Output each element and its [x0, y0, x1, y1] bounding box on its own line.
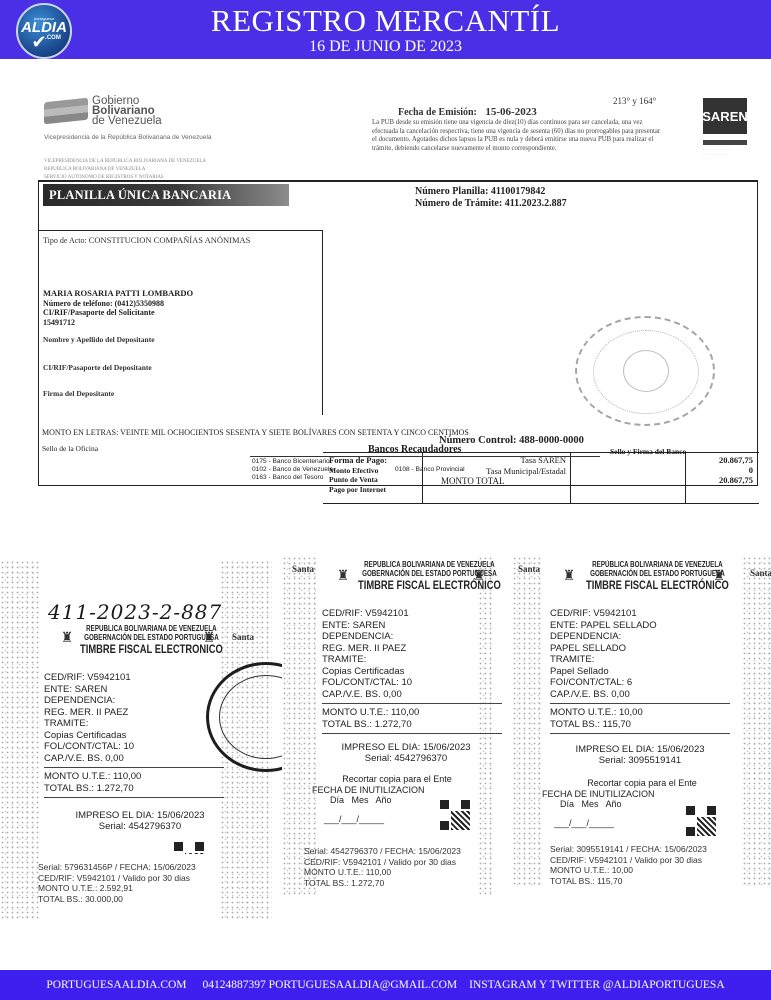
timbre-line: PAPEL SELLADO [550, 643, 730, 655]
solicitante-nombre: MARIA ROSARIA PATTI LOMBARDO [43, 289, 193, 299]
timbre-footer: Serial: 3095519141 / FECHA: 15/06/2023 C… [550, 844, 707, 886]
concepto-amount: 20.867,75 [686, 455, 753, 465]
timbre-line: FOI/CONT/CTAL: 6 [550, 677, 730, 689]
recortar-label: Recortar copia para el Ente [542, 778, 742, 789]
timbre-total: TOTAL BS.: 115,70 [550, 719, 730, 731]
handwritten-tramite: 411-2023-2-887 [48, 600, 222, 624]
timbre-header: REPÚBLICA BOLIVARIANA DE VENEZUELA GOBER… [586, 560, 729, 592]
footer-website[interactable]: PORTUGUESAALDIA.COM [46, 979, 186, 991]
timbre-line: CED/RIF: V5942101 [322, 608, 502, 620]
timbre-line: REG. MER. II PAEZ [322, 643, 502, 655]
concepto-amount: 20.867,75 [686, 475, 753, 485]
footer-line: TOTAL BS.: 1.272,70 [304, 878, 461, 889]
timbre-head-line: REPUBLICA BOLIVARIANA DE VENEZUELA [358, 560, 501, 569]
santa-seal-text: Santa [518, 564, 540, 574]
timbre-line: CAP./V.E. BS. 0,00 [322, 689, 502, 701]
timbre-fiscal-1: 411-2023-2-887 ♜ ♜ Santa REPUBLICA BOLIV… [0, 560, 272, 920]
numero-tramite: Número de Trámite: 411.2023.2.887 [415, 198, 567, 210]
timbre-line: DEPENDENCIA: [322, 631, 502, 643]
footer-line: TOTAL BS.: 115,70 [550, 876, 707, 887]
footer-line: Serial: 579631456P / FECHA: 15/06/2023 [38, 862, 196, 873]
timbre-head-line: REPUBLICA BOLIVARIANA DE VENEZUELA [80, 624, 223, 633]
timbre-head-line: GOBERNACIÓN DEL ESTADO PORTUGUESA [358, 569, 501, 578]
concepto-amount: 0 [686, 465, 753, 475]
sub-lines: VICEPRESIDENCIA DE LA REPUBLICA BOLIVARI… [44, 158, 304, 182]
bancos-title: Bancos Recaudadores [368, 444, 461, 455]
forma-pago-option: Pago por Internet [329, 485, 422, 495]
montos: 20.867,75 0 20.867,75 [686, 453, 759, 503]
timbre-line: FOL/CONT/CTAL: 10 [322, 677, 502, 689]
timbre-line: TRAMITE: [322, 654, 502, 666]
timbre-line: Copias Certificadas [322, 666, 502, 678]
impreso-date: IMPRESO EL DIA: 15/06/2023 [60, 810, 220, 821]
qr-code-icon [440, 800, 470, 830]
santa-seal-text: Santa [292, 564, 314, 574]
timbre-fiscal-2: Santa ♜ ♜ REPUBLICA BOLIVARIANA DE VENEZ… [282, 556, 494, 896]
timbre-fiscal-3: Santa Santa ♜ ♜ REPÚBLICA BOLIVARIANA DE… [512, 556, 771, 886]
timbre-footer: Serial: 4542796370 / FECHA: 15/06/2023 C… [304, 846, 461, 888]
timbre-line: CAP./V.E. BS. 0,00 [550, 689, 730, 701]
firma-label: Firma del Depositante [43, 389, 114, 398]
impreso-date: IMPRESO EL DIA: 15/06/2023 [326, 742, 486, 753]
conceptos: Tasa SAREN Tasa Municipal/Estadal MONTO … [423, 453, 571, 503]
timbre-body: CED/RIF: V5942101 ENTE: SAREN DEPENDENCI… [322, 608, 502, 737]
official-stamp [575, 316, 715, 426]
sub-line: VICEPRESIDENCIA DE LA REPUBLICA BOLIVARI… [44, 158, 304, 166]
fecha-value: 15-06-2023 [485, 106, 536, 118]
telefono: Número de teléfono: (0412)5350988 [43, 299, 193, 309]
timbre-line: ENTE: SAREN [44, 684, 224, 696]
sello-banco: Sello y Firma del Banco [610, 447, 686, 456]
solicitante-info: MARIA ROSARIA PATTI LOMBARDO Número de t… [43, 289, 193, 327]
timbre-line: CAP./V.E. BS. 0,00 [44, 753, 224, 765]
footer-line: MONTO U.T.E.: 2.592,91 [38, 883, 196, 894]
footer-line: Serial: 3095519141 / FECHA: 15/06/2023 [550, 844, 707, 855]
footer-contact[interactable]: 04124887397 PORTUGUESAALDIA@GMAIL.COM [203, 979, 458, 991]
timbre-serial: Serial: 3095519141 [560, 755, 720, 766]
timbre-impreso: IMPRESO EL DIA: 15/06/2023 Serial: 30955… [560, 744, 720, 766]
footer-social[interactable]: INSTAGRAM Y TWITTER @ALDIAPORTUGUESA [469, 979, 724, 991]
forma-pago-option: Punto de Venta [329, 475, 422, 485]
timbre-head-line: GOBERNACIÓN DEL ESTADO PORTUGUESA [586, 569, 729, 578]
saren-logo-text: SAREN [703, 98, 747, 134]
timbre-serial: Serial: 4542796370 [60, 821, 220, 832]
saren-logo: SAREN · · · · · · · · · · · ·· · · · · ·… [703, 98, 749, 157]
footer-banner: PORTUGUESAALDIA.COM 04124887397 PORTUGUE… [0, 970, 771, 1000]
timbre-impreso: IMPRESO EL DIA: 15/06/2023 Serial: 45427… [326, 742, 486, 764]
timbre-head-line: TIMBRE FISCAL ELECTRÓNICO [358, 578, 501, 592]
footer-line: MONTO U.T.E.: 110,00 [304, 867, 461, 878]
timbre-head-line: TIMBRE FISCAL ELECTRÓNICO [586, 578, 729, 592]
sub-line: REPUBLICA BOLIVARIANA DE VENEZUELA [44, 166, 304, 174]
footer-line: MONTO U.T.E.: 10,00 [550, 865, 707, 876]
timbre-line: DEPENDENCIA: [44, 695, 224, 707]
timbre-line: DEPENDENCIA: [550, 631, 730, 643]
vicepresidencia-text: Vicepresidencia de la República Bolivari… [44, 134, 304, 142]
timbre-line: TRAMITE: [44, 718, 224, 730]
timbre-serial: Serial: 4542796370 [326, 753, 486, 764]
numeros-block: Número Planilla: 41100179842 Número de T… [415, 186, 567, 210]
solicitante-box: Tipo de Acto: CONSTITUCION COMPAÑÍAS ANÓ… [39, 230, 323, 415]
fecha-inutilizacion-label: FECHA DE INUTILIZACION [312, 785, 482, 796]
timbre-monto: MONTO U.T.E.: 110,00 [322, 707, 502, 719]
tipo-acto-label: Tipo de Acto: [43, 236, 87, 245]
timbre-line: Copias Certificadas [44, 730, 224, 742]
timbre-line: ENTE: SAREN [322, 620, 502, 632]
timbre-total: TOTAL BS.: 1.272,70 [322, 719, 502, 731]
depositante-ci-label: CI/RIF/Pasaporte del Depositante [43, 363, 152, 372]
planilla-frame: PLANILLA ÚNICA BANCARIA Número Planilla:… [38, 180, 758, 486]
bancos-list: 0175 - Banco Bicentenario 0102 - Banco d… [252, 458, 333, 482]
ci-solicitante-label: CI/RIF/Pasaporte del Solicitante [43, 308, 193, 318]
qr-code-icon [686, 806, 716, 836]
timbre-footer: Serial: 579631456P / FECHA: 15/06/2023 C… [38, 862, 196, 904]
forma-pago-label: Forma de Pago: [329, 456, 422, 466]
timbre-monto: MONTO U.T.E.: 110,00 [44, 771, 224, 783]
timbre-head-line: GOBERNACIÓN DEL ESTADO PORTUGUESA [80, 633, 223, 642]
timbre-total: TOTAL BS.: 1.272,70 [44, 783, 224, 795]
footer-line: TOTAL BS.: 30.000,00 [38, 894, 196, 905]
footer-line: CED/RIF: V5942101 / Valido por 30 dias [550, 855, 707, 866]
banco-item: 0108 - Banco Provincial [395, 466, 465, 473]
page-title: REGISTRO MERCANTÍL [0, 3, 771, 39]
santa-seal-text: Santa [232, 632, 254, 642]
fecha-label: Fecha de Emisión: [398, 107, 477, 118]
timbre-header: REPUBLICA BOLIVARIANA DE VENEZUELA GOBER… [80, 624, 223, 656]
timbre-impreso: IMPRESO EL DIA: 15/06/2023 Serial: 45427… [60, 810, 220, 832]
state-crest-icon: ♜ [58, 624, 76, 650]
planilla-title: PLANILLA ÚNICA BANCARIA [43, 184, 289, 206]
banco-item: 0102 - Banco de Venezuela [252, 466, 333, 474]
depositante-nombre-label: Nombre y Apellido del Depositante [43, 335, 155, 344]
timbre-header: REPUBLICA BOLIVARIANA DE VENEZUELA GOBER… [358, 560, 501, 592]
header-banner: portuguesa ALDIA .COM ✔ REGISTRO MERCANT… [0, 0, 771, 59]
santa-seal-text: Santa [750, 568, 771, 578]
fecha-emision: Fecha de Emisión: 15-06-2023 [398, 106, 537, 118]
numero-planilla: Número Planilla: 41100179842 [415, 186, 567, 198]
timbre-line: CED/RIF: V5942101 [44, 672, 224, 684]
page-date: 16 DE JUNIO DE 2023 [0, 38, 771, 56]
sello-oficina: Sello de la Oficina [42, 444, 98, 453]
fecha-inutilizacion-label: FECHA DE INUTILIZACION [542, 789, 742, 800]
footer-line: CED/RIF: V5942101 / Valido por 30 dias [38, 873, 196, 884]
timbre-body: CED/RIF: V5942101 ENTE: SAREN DEPENDENCI… [44, 672, 224, 801]
forma-pago: Forma de Pago: Monto Efectivo Punto de V… [323, 453, 423, 503]
timbre-line: TRAMITE: [550, 654, 730, 666]
monto-letras: MONTO EN LETRAS: VEINTE MIL OCHOCIENTOS … [42, 428, 469, 437]
payment-table: Forma de Pago: Monto Efectivo Punto de V… [323, 452, 759, 504]
coordinates-text: 213° y 164° [613, 96, 656, 106]
timbre-head-line: REPÚBLICA BOLIVARIANA DE VENEZUELA [586, 560, 729, 569]
ci-solicitante-value: 15491712 [43, 318, 193, 328]
banco-item: 0175 - Banco Bicentenario [252, 458, 333, 466]
timbre-body: CED/RIF: V5942101 ENTE: PAPEL SELLADO DE… [550, 608, 730, 737]
timbre-line: FOL/CONT/CTAL: 10 [44, 741, 224, 753]
timbre-head-line: TIMBRE FISCAL ELECTRONICO [80, 642, 223, 656]
recortar-label: Recortar copia para el Ente [312, 774, 482, 785]
barcode-icon [174, 842, 214, 854]
state-crest-icon: ♜ [334, 562, 352, 588]
state-crest-icon: ♜ [560, 562, 578, 588]
footer-line: Serial: 4542796370 / FECHA: 15/06/2023 [304, 846, 461, 857]
impreso-date: IMPRESO EL DIA: 15/06/2023 [560, 744, 720, 755]
tipo-acto: Tipo de Acto: CONSTITUCION COMPAÑÍAS ANÓ… [43, 235, 250, 245]
gobierno-line3: de Venezuela [92, 116, 212, 126]
banco-item: 0163 - Banco del Tesoro [252, 474, 333, 482]
venezuela-flag-icon [44, 98, 88, 125]
footer-line: CED/RIF: V5942101 / Valido por 30 dias [304, 857, 461, 868]
pub-notice: La PUB desde su emisión tiene una vigenc… [372, 119, 662, 153]
timbre-line: CED/RIF: V5942101 [550, 608, 730, 620]
timbre-line: ENTE: PAPEL SELLADO [550, 620, 730, 632]
tipo-acto-value: CONSTITUCION COMPAÑÍAS ANÓNIMAS [89, 235, 251, 245]
timbre-monto: MONTO U.T.E.: 10,00 [550, 707, 730, 719]
planilla-document: Gobierno Bolivariano de Venezuela Vicepr… [38, 92, 760, 492]
timbre-line: REG. MER. II PAEZ [44, 707, 224, 719]
concepto-label: MONTO TOTAL [423, 476, 566, 487]
timbre-line: Papel Sellado [550, 666, 730, 678]
